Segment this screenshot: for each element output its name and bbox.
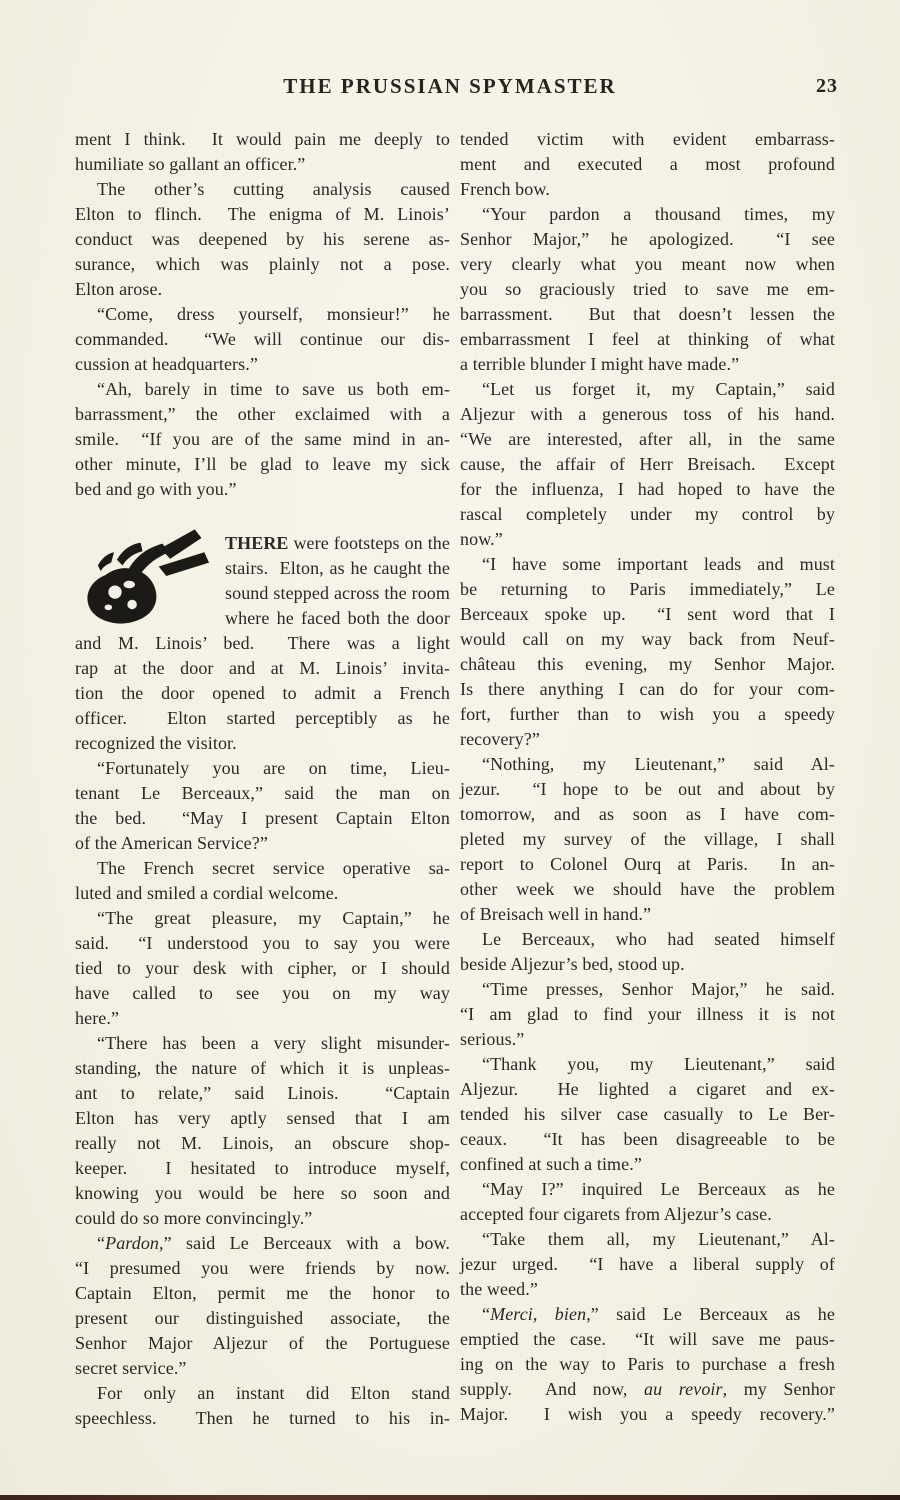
text-line: château this evening, my Senhor Major. bbox=[460, 652, 835, 677]
text-line: “Take them all, my Lieutenant,” Al- bbox=[460, 1227, 835, 1252]
text-line: could do so more convincingly.” bbox=[75, 1206, 450, 1231]
text-line: sound stepped across the room bbox=[225, 581, 450, 606]
text-line: commanded. “We will continue our dis- bbox=[75, 327, 450, 352]
paragraph: The French secret service operative sa-l… bbox=[75, 856, 450, 906]
text-line: cause, the affair of Herr Breisach. Exce… bbox=[460, 452, 835, 477]
text-line: embarrassment I feel at thinking of what bbox=[460, 327, 835, 352]
text-line: “Time presses, Senhor Major,” he said. bbox=[460, 977, 835, 1002]
text-line: The French secret service operative sa- bbox=[75, 856, 450, 881]
text-line: barrassment. But that doesn’t lessen the bbox=[460, 302, 835, 327]
text-line: standing, the nature of which it is unpl… bbox=[75, 1056, 450, 1081]
text-line: here.” bbox=[75, 1006, 450, 1031]
text-line: jezur urged. “I have a liberal supply of bbox=[460, 1252, 835, 1277]
text-line: rascal completely under my control by bbox=[460, 502, 835, 527]
paragraph: “Pardon,” said Le Berceaux with a bow.“I… bbox=[75, 1231, 450, 1381]
text-line: “Your pardon a thousand times, my bbox=[460, 202, 835, 227]
text-line: cussion at headquarters.” bbox=[75, 352, 450, 377]
text-line: Aljezur with a generous toss of his hand… bbox=[460, 402, 835, 427]
text-line: Elton arose. bbox=[75, 277, 450, 302]
text-line: “I have some important leads and must bbox=[460, 552, 835, 577]
text-line: “We are interested, after all, in the sa… bbox=[460, 427, 835, 452]
paragraph: THERE were footsteps on thestairs. Elton… bbox=[75, 531, 450, 756]
text-line: The other’s cutting analysis caused bbox=[75, 177, 450, 202]
text-line: Aljezur. He lighted a cigaret and ex- bbox=[460, 1077, 835, 1102]
text-line: ceaux. “It has been disagreeable to be bbox=[460, 1127, 835, 1152]
text-line: jezur. “I hope to be out and about by bbox=[460, 777, 835, 802]
text-line: Senhor Major,” he apologized. “I see bbox=[460, 227, 835, 252]
text-line: of the American Service?” bbox=[75, 831, 450, 856]
text-line: the weed.” bbox=[460, 1277, 835, 1302]
text-line: now.” bbox=[460, 527, 835, 552]
paragraph: “The great pleasure, my Captain,” hesaid… bbox=[75, 906, 450, 1031]
text-line: THERE were footsteps on the bbox=[225, 531, 450, 556]
text-line: secret service.” bbox=[75, 1356, 450, 1381]
text-body: ment I think. It would pain me deeply to… bbox=[75, 127, 835, 1431]
page-title: THE PRUSSIAN SPYMASTER bbox=[0, 74, 900, 99]
text-line: stairs. Elton, as he caught the bbox=[225, 556, 450, 581]
text-line: “Nothing, my Lieutenant,” said Al- bbox=[460, 752, 835, 777]
text-line: very clearly what you meant now when bbox=[460, 252, 835, 277]
text-line: conduct was deepened by his serene as- bbox=[75, 227, 450, 252]
text-line: said. “I understood you to say you were bbox=[75, 931, 450, 956]
text-line: tended victim with evident embarrass- bbox=[460, 127, 835, 152]
text-line: Major. I wish you a speedy recovery.” bbox=[460, 1402, 835, 1427]
text-line: “May I?” inquired Le Berceaux as he bbox=[460, 1177, 835, 1202]
text-line: bed and go with you.” bbox=[75, 477, 450, 502]
paragraph: “Take them all, my Lieutenant,” Al-jezur… bbox=[460, 1227, 835, 1302]
paragraph: “Merci, bien,” said Le Berceaux as heemp… bbox=[460, 1302, 835, 1427]
text-line: “Pardon,” said Le Berceaux with a bow. bbox=[75, 1231, 450, 1256]
text-line: be returning to Paris immediately,” Le bbox=[460, 577, 835, 602]
text-line: “Let us forget it, my Captain,” said bbox=[460, 377, 835, 402]
text-line: supply. And now, au revoir, my Senhor bbox=[460, 1377, 835, 1402]
paragraph: “Time presses, Senhor Major,” he said.“I… bbox=[460, 977, 835, 1052]
paragraph: Le Berceaux, who had seated himselfbesid… bbox=[460, 927, 835, 977]
ink-sketch-fist-icon bbox=[77, 517, 229, 633]
text-line: For only an instant did Elton stand bbox=[75, 1381, 450, 1406]
text-line: Elton has very aptly sensed that I am bbox=[75, 1106, 450, 1131]
text-line: smile. “If you are of the same mind in a… bbox=[75, 427, 450, 452]
paragraph: “Let us forget it, my Captain,” saidAlje… bbox=[460, 377, 835, 552]
text-line: knowing you would be here so soon and bbox=[75, 1181, 450, 1206]
text-line: tomorrow, and as soon as I have com- bbox=[460, 802, 835, 827]
text-line: tenant Le Berceaux,” said the man on bbox=[75, 781, 450, 806]
text-line: ing on the way to Paris to purchase a fr… bbox=[460, 1352, 835, 1377]
text-line: “Fortunately you are on time, Lieu- bbox=[75, 756, 450, 781]
paragraph: “There has been a very slight misunder-s… bbox=[75, 1031, 450, 1231]
text-line: Le Berceaux, who had seated himself bbox=[460, 927, 835, 952]
text-line: Elton to flinch. The enigma of M. Linois… bbox=[75, 202, 450, 227]
text-line: “Come, dress yourself, monsieur!” he bbox=[75, 302, 450, 327]
text-line: a terrible blunder I might have made.” bbox=[460, 352, 835, 377]
text-line: French bow. bbox=[460, 177, 835, 202]
text-line: fort, further than to wish you a speedy bbox=[460, 702, 835, 727]
text-line: speechless. Then he turned to his in- bbox=[75, 1406, 450, 1431]
text-line: Senhor Major Aljezur of the Portuguese bbox=[75, 1331, 450, 1356]
text-line: “I presumed you were friends by now. bbox=[75, 1256, 450, 1281]
text-line: and M. Linois’ bed. There was a light bbox=[75, 631, 450, 656]
column-right: tended victim with evident embarrass-men… bbox=[460, 127, 835, 1431]
text-line: pleted my survey of the village, I shall bbox=[460, 827, 835, 852]
text-line: recovery?” bbox=[460, 727, 835, 752]
text-line: ant to relate,” said Linois. “Captain bbox=[75, 1081, 450, 1106]
paragraph: For only an instant did Elton standspeec… bbox=[75, 1381, 450, 1431]
text-line: present our distinguished associate, the bbox=[75, 1306, 450, 1331]
paragraph: “Thank you, my Lieutenant,” saidAljezur.… bbox=[460, 1052, 835, 1177]
text-line: “There has been a very slight misunder- bbox=[75, 1031, 450, 1056]
paragraph: ment I think. It would pain me deeply to… bbox=[75, 127, 450, 177]
text-line: rap at the door and at M. Linois’ invita… bbox=[75, 656, 450, 681]
paragraph: The other’s cutting analysis causedElton… bbox=[75, 177, 450, 302]
text-line: officer. Elton started perceptibly as he bbox=[75, 706, 450, 731]
paragraph: “Your pardon a thousand times, mySenhor … bbox=[460, 202, 835, 377]
text-line: Is there anything I can do for your com- bbox=[460, 677, 835, 702]
text-line: ment and executed a most profound bbox=[460, 152, 835, 177]
text-line: beside Aljezur’s bed, stood up. bbox=[460, 952, 835, 977]
text-line: “The great pleasure, my Captain,” he bbox=[75, 906, 450, 931]
text-line: keeper. I hesitated to introduce myself, bbox=[75, 1156, 450, 1181]
text-line: “Ah, barely in time to save us both em- bbox=[75, 377, 450, 402]
text-line: report to Colonel Ourq at Paris. In an- bbox=[460, 852, 835, 877]
text-line: recognized the visitor. bbox=[75, 731, 450, 756]
text-line: you so graciously tried to save me em- bbox=[460, 277, 835, 302]
text-line: for the influenza, I had hoped to have t… bbox=[460, 477, 835, 502]
text-line: “Merci, bien,” said Le Berceaux as he bbox=[460, 1302, 835, 1327]
text-line: tion the door opened to admit a French bbox=[75, 681, 450, 706]
text-line: ment I think. It would pain me deeply to bbox=[75, 127, 450, 152]
column-left: ment I think. It would pain me deeply to… bbox=[75, 127, 450, 1431]
running-header: THE PRUSSIAN SPYMASTER 23 bbox=[0, 74, 900, 104]
text-line: emptied the case. “It will save me paus- bbox=[460, 1327, 835, 1352]
text-line: where he faced both the door bbox=[225, 606, 450, 631]
text-line: confined at such a time.” bbox=[460, 1152, 835, 1177]
text-line: tended his silver case casually to Le Be… bbox=[460, 1102, 835, 1127]
text-line: other week we should have the problem bbox=[460, 877, 835, 902]
paragraph: tended victim with evident embarrass-men… bbox=[460, 127, 835, 202]
text-line: Berceaux spoke up. “I sent word that I bbox=[460, 602, 835, 627]
text-line: “Thank you, my Lieutenant,” said bbox=[460, 1052, 835, 1077]
text-line: humiliate so gallant an officer.” bbox=[75, 152, 450, 177]
text-line: tied to your desk with cipher, or I shou… bbox=[75, 956, 450, 981]
text-line: “I am glad to find your illness it is no… bbox=[460, 1002, 835, 1027]
paragraph: “Nothing, my Lieutenant,” said Al-jezur.… bbox=[460, 752, 835, 927]
text-line: really not M. Linois, an obscure shop- bbox=[75, 1131, 450, 1156]
text-line: luted and smiled a cordial welcome. bbox=[75, 881, 450, 906]
text-line: other minute, I’ll be glad to leave my s… bbox=[75, 452, 450, 477]
text-line: have called to see you on my way bbox=[75, 981, 450, 1006]
book-page: THE PRUSSIAN SPYMASTER 23 ment I think. … bbox=[0, 0, 900, 1500]
text-line: barrassment,” the other exclaimed with a bbox=[75, 402, 450, 427]
paragraph: “Come, dress yourself, monsieur!” hecomm… bbox=[75, 302, 450, 377]
paragraph: “Ah, barely in time to save us both em-b… bbox=[75, 377, 450, 502]
text-line: surance, which was plainly not a pose. bbox=[75, 252, 450, 277]
paragraph: “May I?” inquired Le Berceaux as heaccep… bbox=[460, 1177, 835, 1227]
text-line: the bed. “May I present Captain Elton bbox=[75, 806, 450, 831]
text-line: of Breisach well in hand.” bbox=[460, 902, 835, 927]
text-line: would call on my way back from Neuf- bbox=[460, 627, 835, 652]
page-number: 23 bbox=[816, 75, 838, 98]
paragraph: “Fortunately you are on time, Lieu-tenan… bbox=[75, 756, 450, 856]
text-line: accepted four cigarets from Aljezur’s ca… bbox=[460, 1202, 835, 1227]
scan-edge bbox=[0, 1495, 900, 1500]
text-line: serious.” bbox=[460, 1027, 835, 1052]
text-line: Captain Elton, permit me the honor to bbox=[75, 1281, 450, 1306]
paragraph: “I have some important leads and mustbe … bbox=[460, 552, 835, 752]
